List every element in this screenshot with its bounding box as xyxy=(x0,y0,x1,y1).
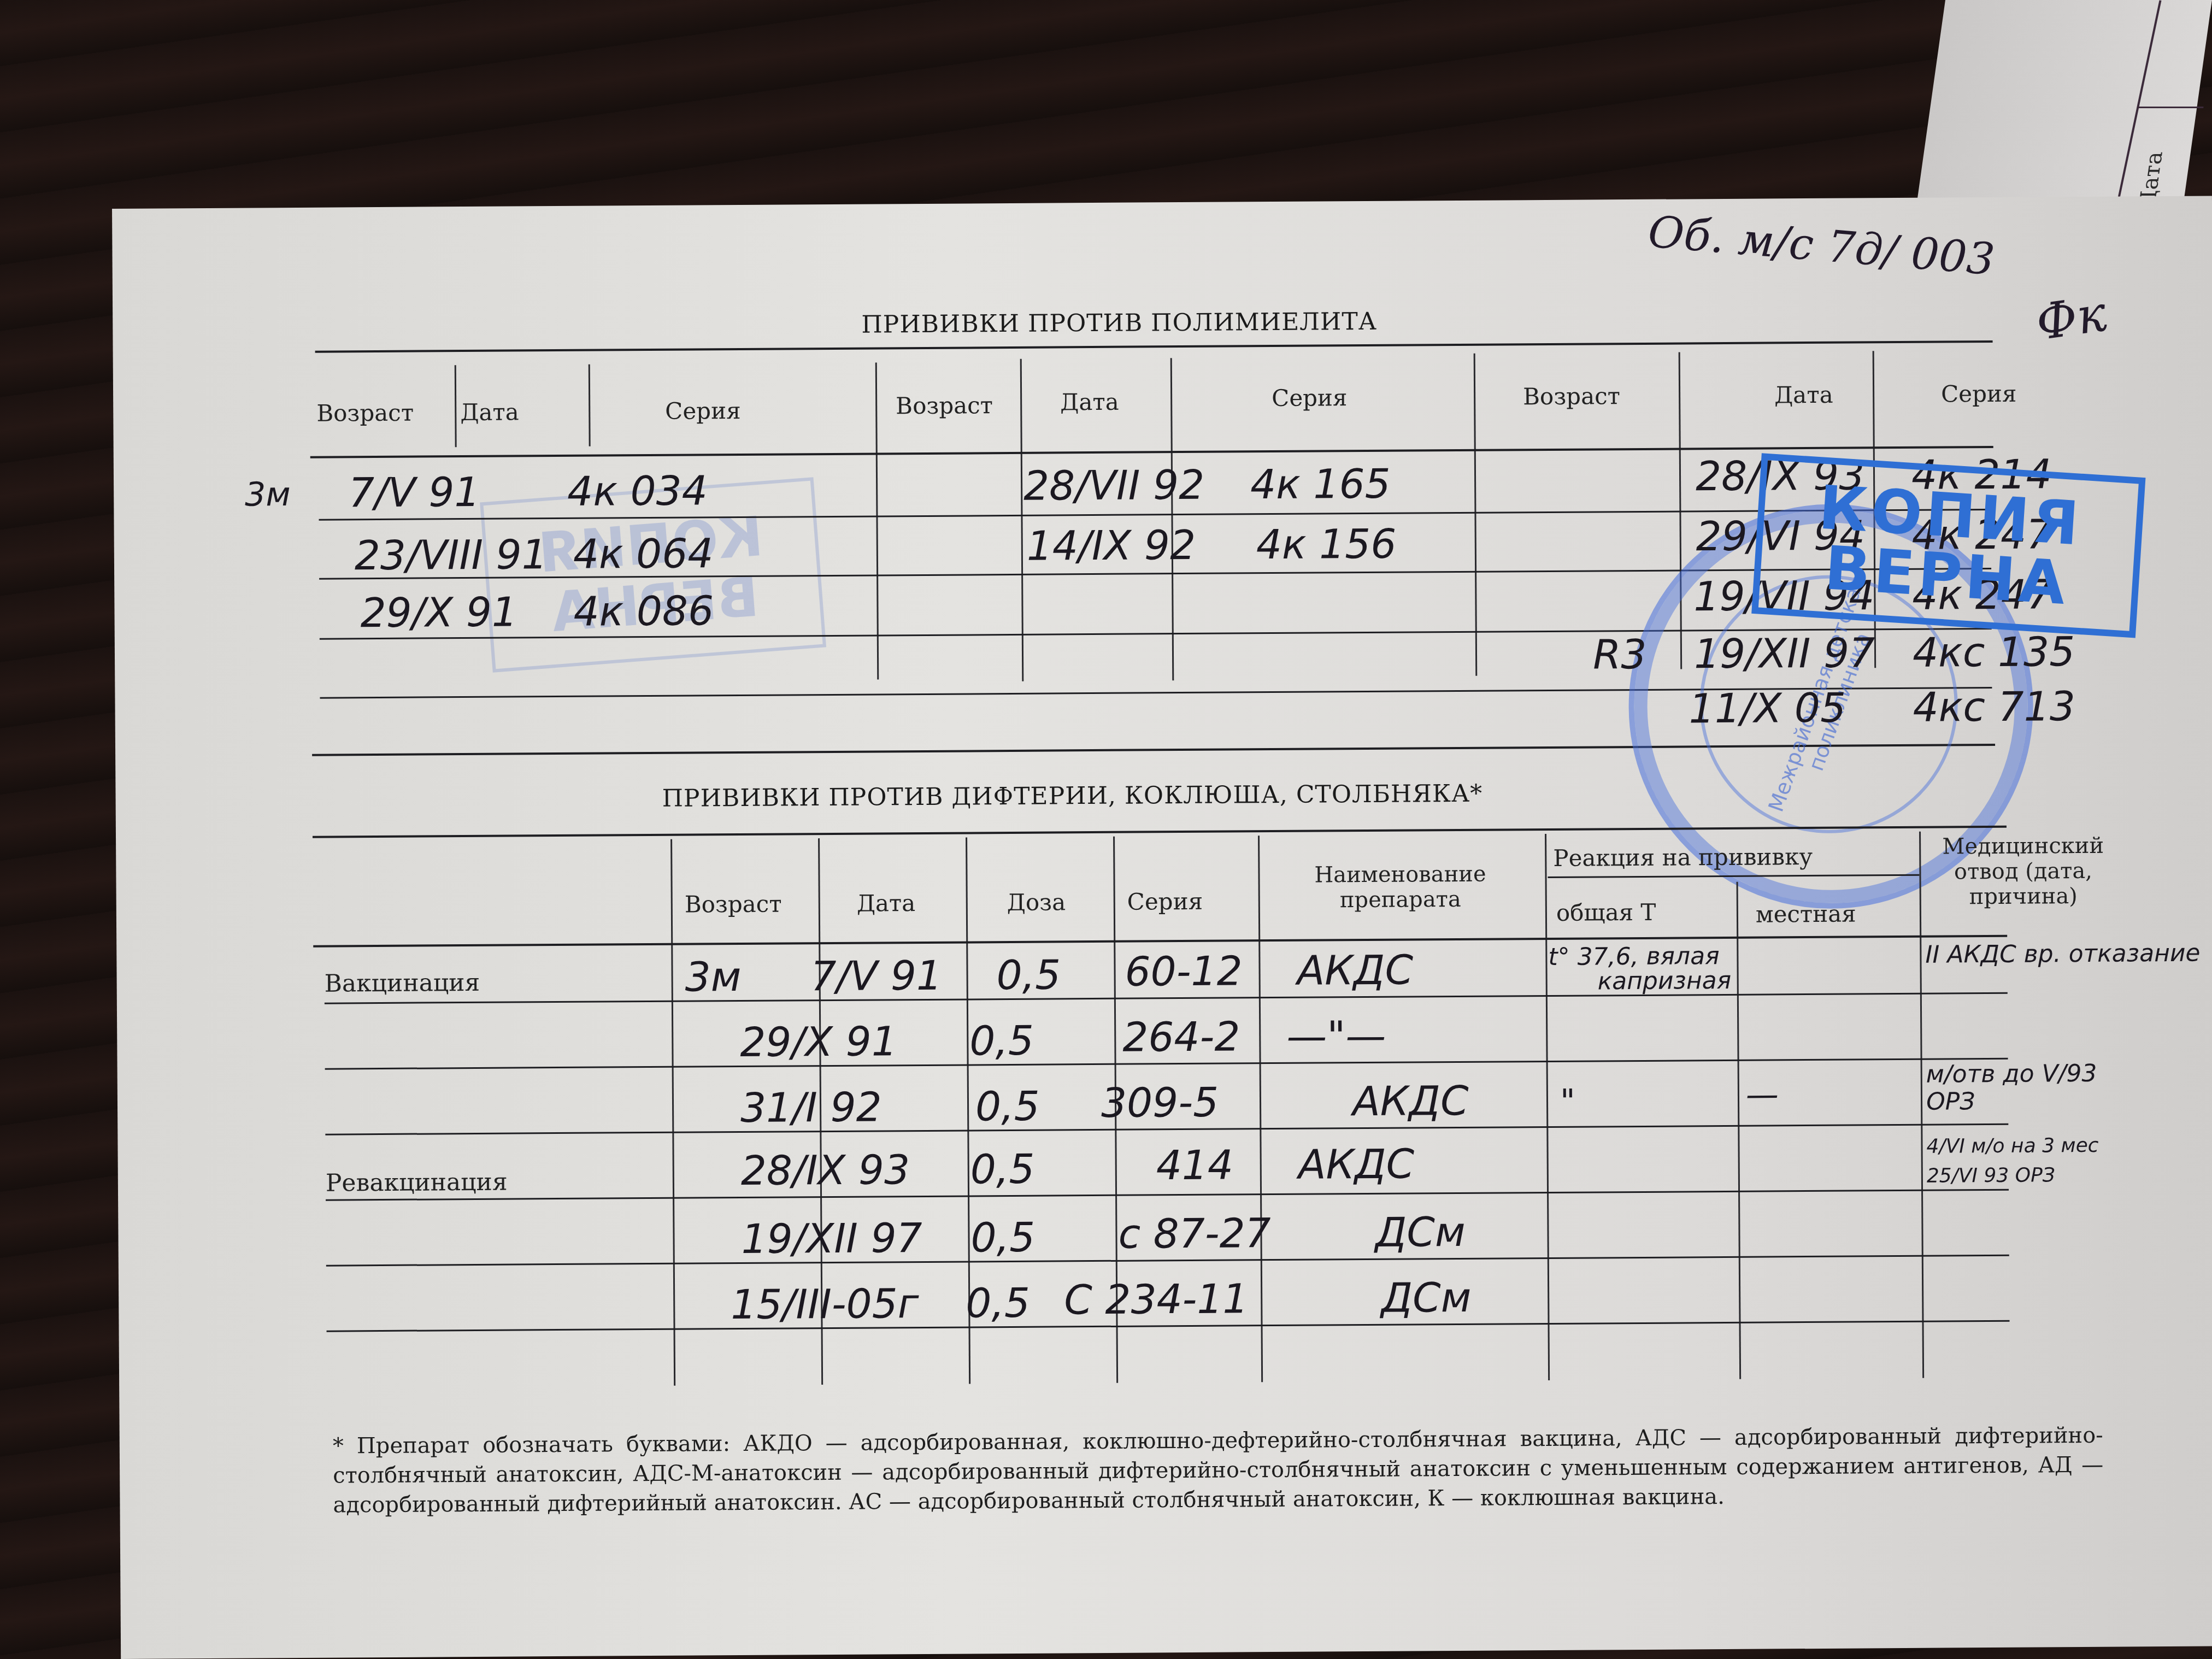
polio-vr xyxy=(1020,359,1024,681)
polio-h-series-3: Серия xyxy=(1941,380,2017,408)
polio-date: 14/IX 92 xyxy=(1027,522,1196,570)
polio-series: 4кс 135 xyxy=(1913,628,2075,676)
dtp-dose: 0,5 xyxy=(975,1083,1040,1131)
dtp-h-series: Серия xyxy=(1127,888,1203,915)
polio-h-age-2: Возраст xyxy=(896,392,993,419)
polio-h-date-3: Дата xyxy=(1774,381,1833,409)
dtp-medical: II АКДС вр. отказание xyxy=(1925,939,2200,969)
polio-h-series-2: Серия xyxy=(1272,384,1348,411)
dtp-h-reaction: Реакция на прививку xyxy=(1553,843,1813,872)
polio-date: 23/VIII 91 xyxy=(355,531,548,579)
dtp-name: —"— xyxy=(1286,1013,1386,1060)
row-label-vaccination: Вакцинация xyxy=(325,969,480,998)
dtp-date: 28/IX 93 xyxy=(741,1146,910,1195)
dtp-vr xyxy=(1545,834,1550,1380)
dtp-series: 414 xyxy=(1156,1142,1233,1189)
dtp-reaction-local: — xyxy=(1746,1075,1779,1114)
dtp-series: 264-2 xyxy=(1122,1013,1240,1061)
polio-top-rule xyxy=(315,340,1993,353)
dtp-h-dose: Доза xyxy=(1007,889,1066,916)
polio-date: 29/X 91 xyxy=(360,589,517,637)
dtp-h-reaction-general: общая Т xyxy=(1556,899,1656,926)
polio-h-age-1: Возраст xyxy=(316,399,414,427)
dtp-name: ДСм xyxy=(1381,1274,1472,1322)
dtp-vr xyxy=(1258,836,1263,1382)
polio-age: 3м xyxy=(245,475,291,514)
dtp-age: 3м xyxy=(685,954,741,1001)
dtp-vr xyxy=(670,839,675,1386)
polio-title: ПРИВИВКИ ПРОТИВ ПОЛИМИЕЛИТА xyxy=(861,308,1377,339)
polio-h-date-2: Дата xyxy=(1060,389,1119,416)
dtp-series: с 87-27 xyxy=(1118,1210,1271,1258)
dtp-date: 15/III-05г xyxy=(731,1280,919,1328)
row-label-revaccination: Ревакцинация xyxy=(326,1168,508,1197)
polio-vr xyxy=(455,365,457,447)
dtp-medical: м/отв до V/93 ОРЗ xyxy=(1926,1060,2123,1116)
dtp-dose: 0,5 xyxy=(996,951,1061,999)
dtp-h-medical: Медицинский отвод (дата, причина) xyxy=(1922,833,2125,910)
polio-series: 4к 064 xyxy=(573,530,714,578)
dtp-h-date: Дата xyxy=(857,890,916,917)
copy-verified-stamp: КОПИЯ ВЕРНА xyxy=(1751,453,2145,638)
dtp-medical: 4/VI м/о на 3 мес 25/VI 93 ОРЗ xyxy=(1926,1131,2134,1191)
polio-date: 19/XII 97 xyxy=(1694,630,1875,678)
polio-h-series-1: Серия xyxy=(665,397,741,425)
dtp-name: АКДС xyxy=(1298,1140,1414,1188)
polio-h-date-1: Дата xyxy=(460,398,519,426)
dtp-header-rule xyxy=(313,935,2007,948)
dtp-h-age: Возраст xyxy=(685,891,782,918)
dtp-series: 60-12 xyxy=(1125,948,1243,995)
polio-vr xyxy=(875,362,879,679)
dtp-dose: 0,5 xyxy=(970,1214,1035,1262)
dtp-date: 19/XII 97 xyxy=(741,1215,922,1263)
footnote: * Препарат обозначать буквами: АКДО — ад… xyxy=(333,1421,2104,1520)
dtp-date: 7/V 91 xyxy=(810,952,942,1000)
polio-h-age-3: Возраст xyxy=(1523,383,1620,410)
dtp-reaction-local: капризная xyxy=(1598,967,1732,995)
dtp-date: 31/I 92 xyxy=(740,1084,882,1132)
stamp-line2: ВЕРНА xyxy=(1823,538,2070,613)
dtp-h-reaction-local: местная xyxy=(1756,901,1856,928)
polio-date: 11/X 05 xyxy=(1689,685,1846,733)
signature-mark: Фк xyxy=(2032,285,2110,352)
dtp-dose: 0,5 xyxy=(969,1017,1034,1065)
polio-vr xyxy=(1170,358,1174,680)
dtp-date: 29/X 91 xyxy=(740,1018,897,1066)
dtp-vr xyxy=(1919,832,1924,1378)
vaccination-card: КОПИЯ ВЕРНА ПРИВИВКИ ПРОТИВ ПОЛИМИЕЛИТА … xyxy=(112,196,2212,1659)
next-page-rule-h xyxy=(2138,107,2203,108)
dtp-name: ДСм xyxy=(1375,1209,1466,1256)
polio-series: 4кс 713 xyxy=(1913,683,2075,731)
dtp-h-name: Наименование препарата xyxy=(1261,861,1540,913)
dtp-dose: 0,5 xyxy=(966,1280,1030,1327)
signature: Об. м/с 7д/ 003 xyxy=(1646,206,1997,285)
polio-age: R3 xyxy=(1593,631,1647,679)
dtp-dose: 0,5 xyxy=(970,1146,1035,1193)
dtp-name: АКДС xyxy=(1352,1078,1469,1125)
polio-date: 28/VII 92 xyxy=(1023,462,1205,510)
dtp-series: 309-5 xyxy=(1101,1079,1219,1127)
dtp-row-rule xyxy=(326,1189,2009,1201)
polio-series: 4к 156 xyxy=(1256,521,1397,569)
dtp-name: АКДС xyxy=(1297,946,1413,994)
dtp-vr xyxy=(1737,882,1742,1379)
dtp-reaction-general: " xyxy=(1560,1083,1575,1121)
polio-vr xyxy=(1474,354,1478,676)
dtp-title: ПРИВИВКИ ПРОТИВ ДИФТЕРИИ, КОКЛЮША, СТОЛБ… xyxy=(662,780,1482,813)
polio-series: 4к 086 xyxy=(573,587,714,636)
polio-date: 7/V 91 xyxy=(349,469,480,516)
polio-series: 4к 034 xyxy=(567,467,708,515)
polio-vr xyxy=(589,364,591,446)
dtp-series: С 234-11 xyxy=(1064,1275,1249,1323)
polio-series: 4к 165 xyxy=(1250,461,1391,509)
